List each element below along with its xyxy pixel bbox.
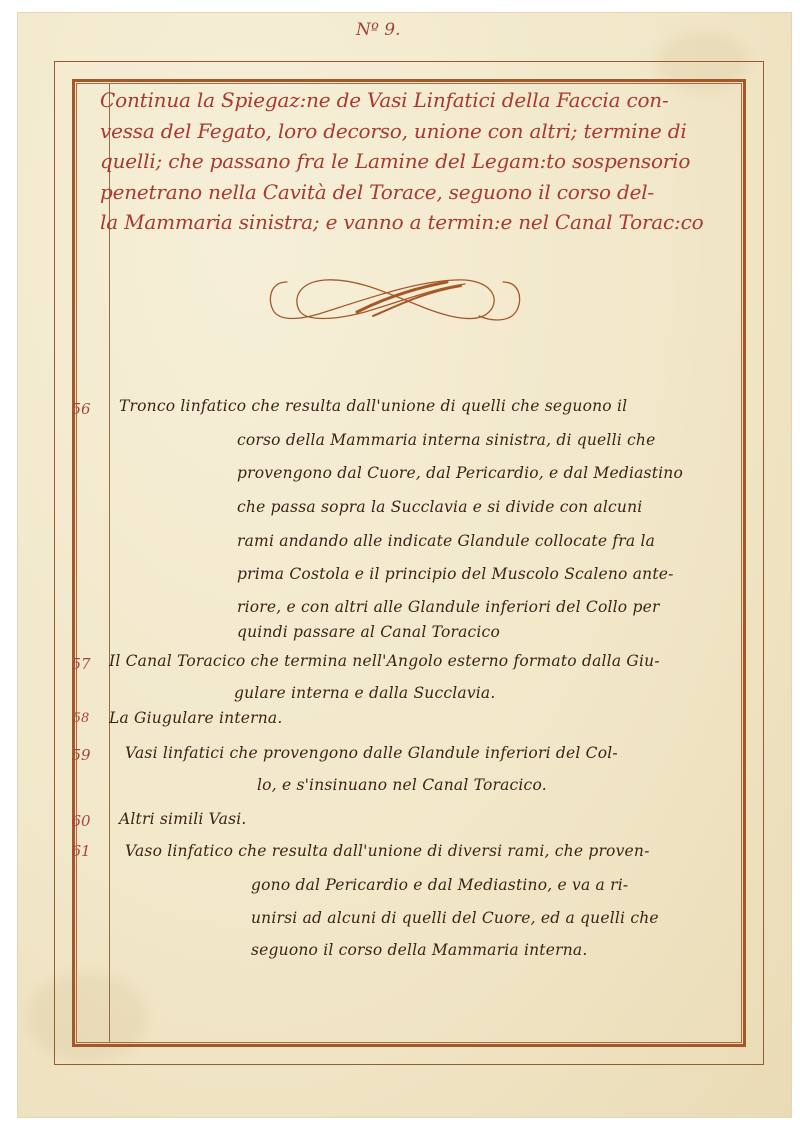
entry-line: quindi passare al Canal Toracico (237, 623, 500, 641)
entry-number: 59 (67, 746, 95, 764)
entry-line: rami andando alle indicate Glandule coll… (237, 532, 655, 550)
entry-line: lo, e s'insinuano nel Canal Toracico. (257, 776, 547, 794)
entry-line: che passa sopra la Succlavia e si divide… (237, 498, 642, 516)
heading-line-4: penetrano nella Cavità del Torace, seguo… (100, 177, 736, 208)
heading-line-3: quelli; che passano fra le Lamine del Le… (100, 146, 736, 177)
heading-block: Continua la Spiegaz:ne de Vasi Linfatici… (100, 85, 736, 238)
page-number: Nº 9. (356, 20, 401, 40)
calligraphic-flourish-icon (265, 268, 525, 330)
entry-line: provengono dal Cuore, dal Pericardio, e … (237, 464, 683, 482)
entry-number: 60 (67, 812, 95, 830)
entry-number: 61 (67, 842, 95, 860)
entry-number: 58 (67, 711, 95, 726)
heading-line-1: Continua la Spiegaz:ne de Vasi Linfatici… (100, 85, 736, 116)
entry-line: Vaso linfatico che resulta dall'unione d… (125, 842, 650, 860)
entry-line: La Giugulare interna. (109, 709, 283, 727)
heading-line-5: la Mammaria sinistra; e vanno a termin:e… (100, 207, 736, 238)
entry-line: Vasi linfatici che provengono dalle Glan… (125, 744, 618, 762)
entry-line: gulare interna e dalla Succlavia. (234, 684, 496, 702)
entry-number: 56 (67, 400, 95, 418)
entry-line: riore, e con altri alle Glandule inferio… (237, 598, 660, 616)
entry-number: 57 (67, 655, 95, 673)
entry-line: Il Canal Toracico che termina nell'Angol… (109, 652, 660, 670)
entry-line: gono dal Pericardio e dal Mediastino, e … (251, 876, 628, 894)
entry-line: Altri simili Vasi. (119, 810, 247, 828)
entry-line: seguono il corso della Mammaria interna. (251, 941, 587, 959)
entry-line: corso della Mammaria interna sinistra, d… (237, 431, 655, 449)
heading-line-2: vessa del Fegato, loro decorso, unione c… (100, 116, 736, 147)
entry-line: unirsi ad alcuni di quelli del Cuore, ed… (251, 909, 659, 927)
entry-line: prima Costola e il principio del Muscolo… (237, 565, 674, 583)
entry-line: Tronco linfatico che resulta dall'unione… (119, 397, 627, 415)
